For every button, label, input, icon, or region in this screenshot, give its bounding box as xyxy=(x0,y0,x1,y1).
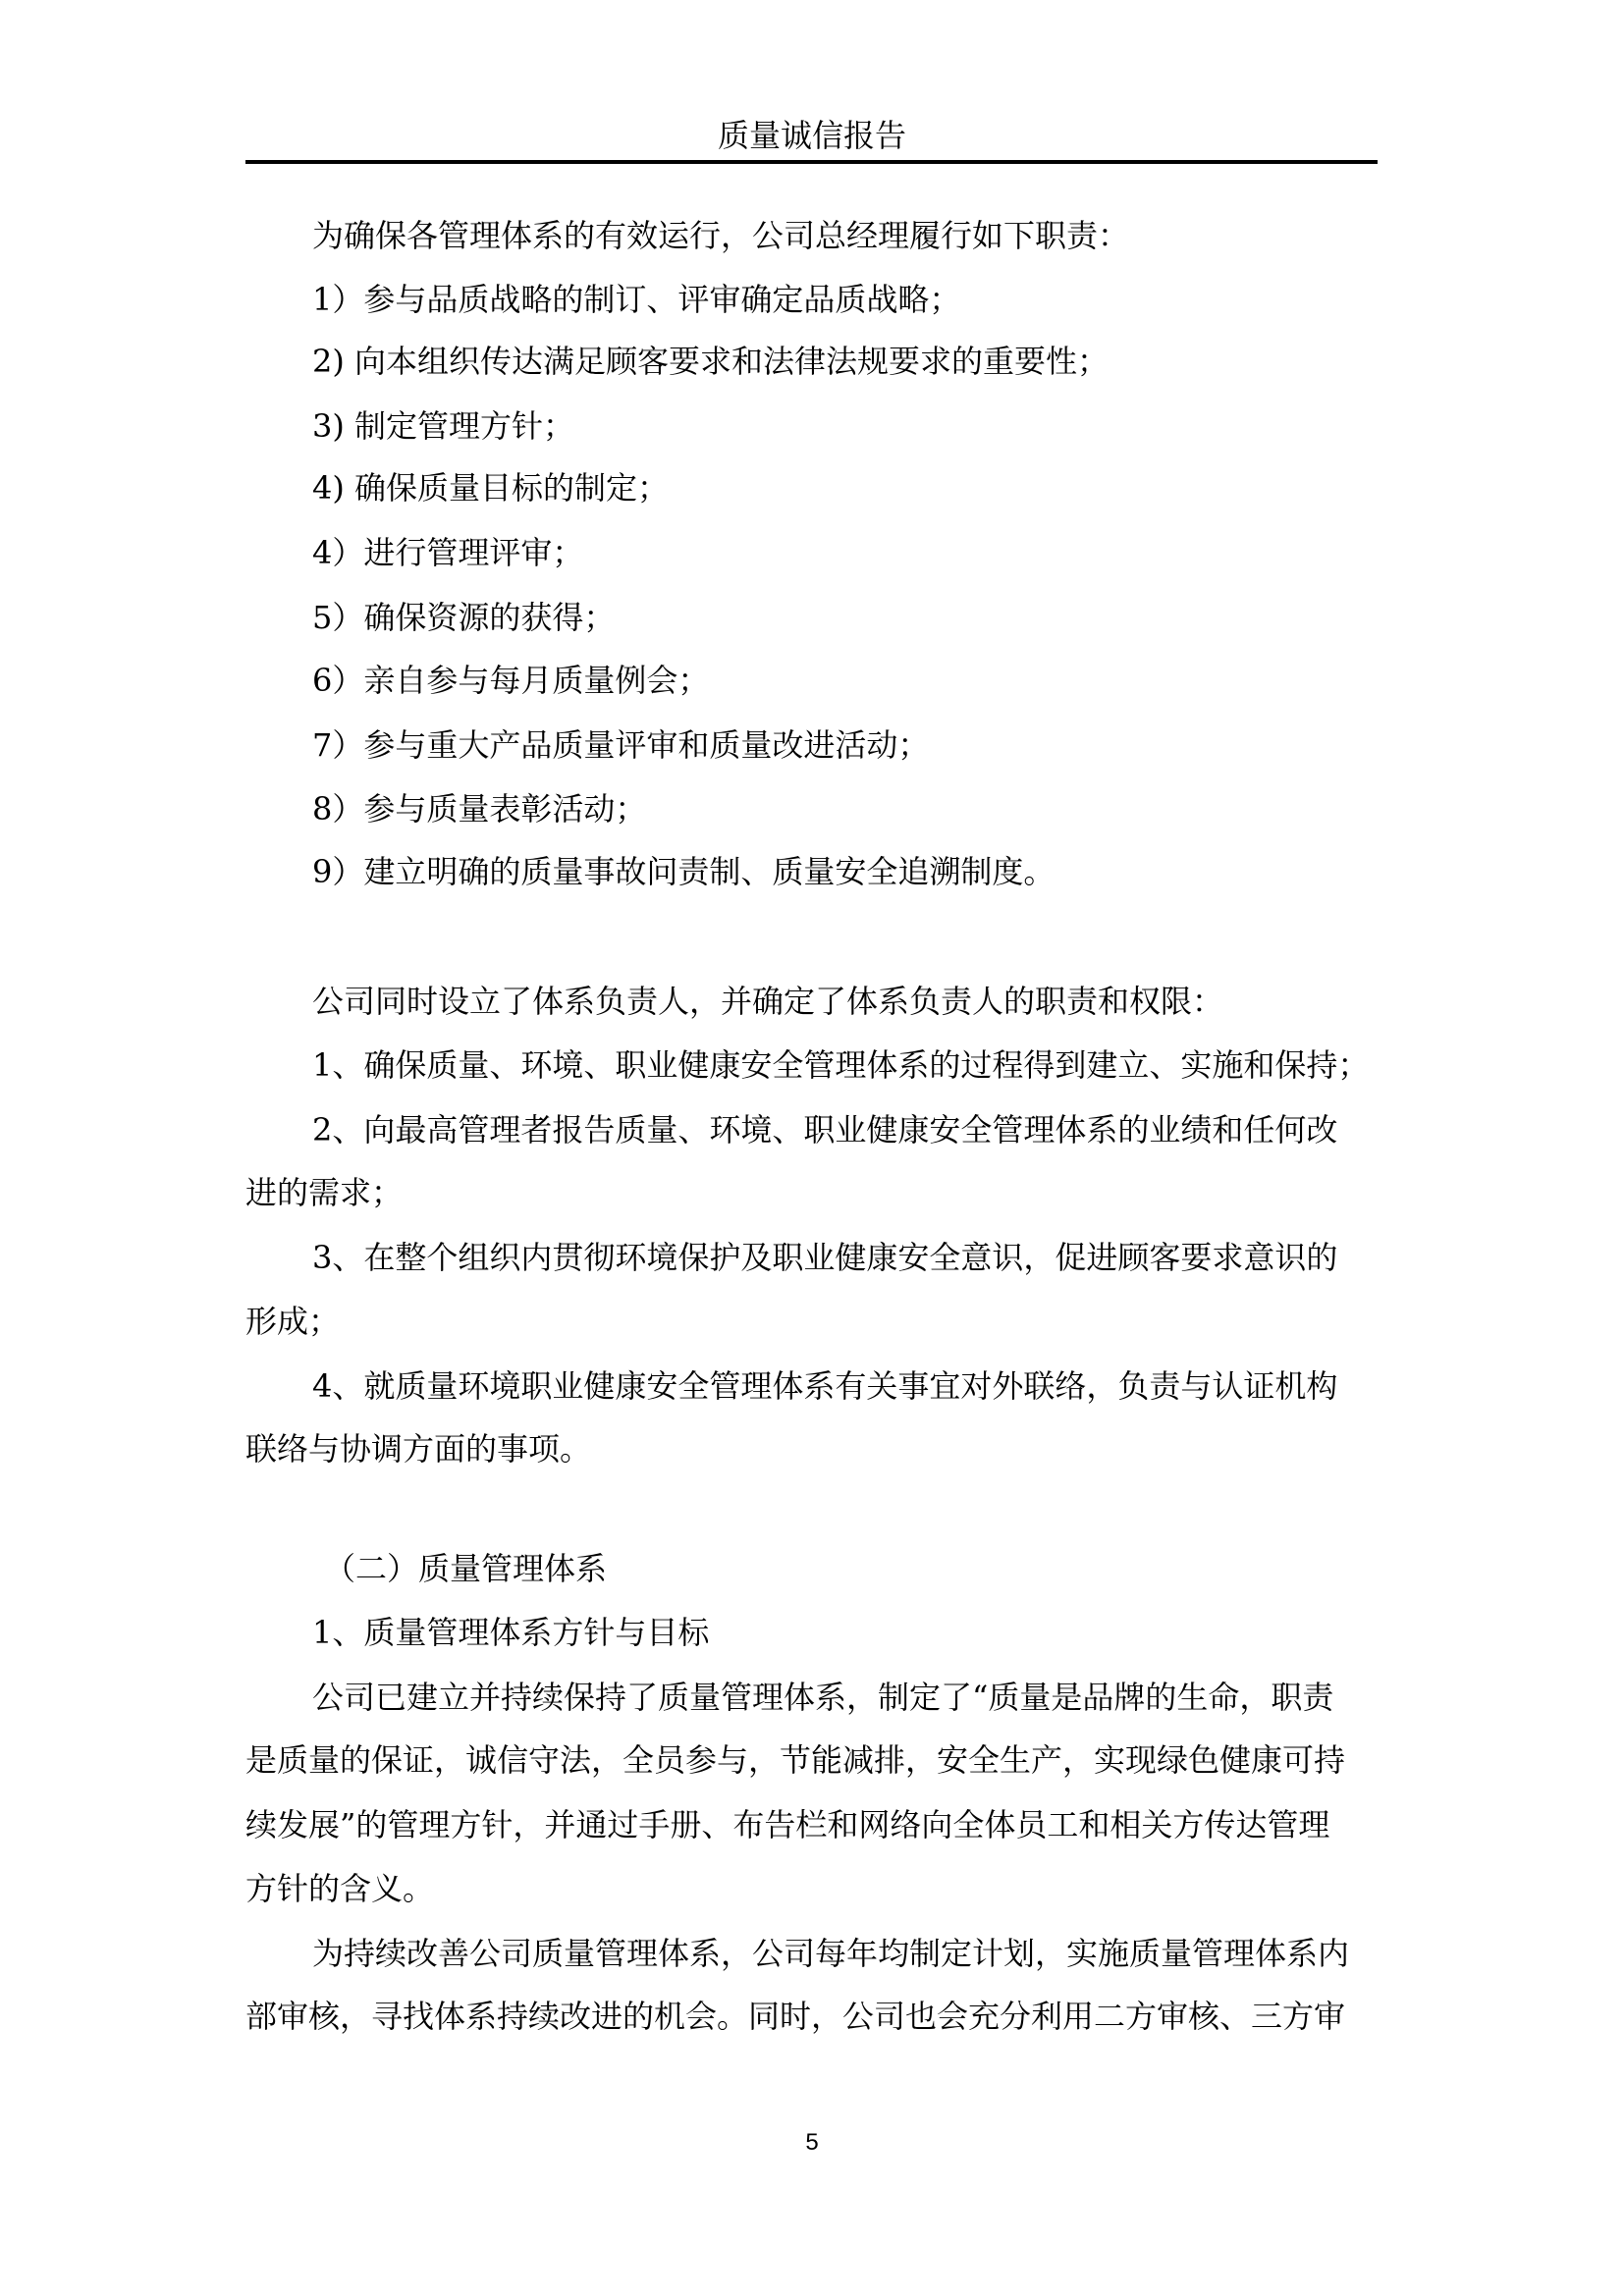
paragraph-line: 为持续改善公司质量管理体系，公司每年均制定计划，实施质量管理体系内 xyxy=(312,1934,1451,1973)
running-header-title: 质量诚信报告 xyxy=(0,116,1624,155)
list-item-continuation: 形成； xyxy=(245,1302,1384,1341)
list-item: 8）参与质量表彰活动； xyxy=(312,789,1451,828)
list-item: 1、确保质量、环境、职业健康安全管理体系的过程得到建立、实施和保持； xyxy=(312,1045,1451,1085)
list-item-continuation: 进的需求； xyxy=(245,1173,1384,1212)
list-item: 4）进行管理评审； xyxy=(312,533,1451,572)
header-divider xyxy=(245,160,1378,164)
paragraph-line: 公司已建立并持续保持了质量管理体系，制定了“质量是品牌的生命，职责 xyxy=(312,1678,1451,1717)
list-item: 9）建立明确的质量事故问责制、质量安全追溯制度。 xyxy=(312,852,1451,891)
list-item: 4) 确保质量目标的制定； xyxy=(312,468,1451,507)
list-item: 5）确保资源的获得； xyxy=(312,598,1451,637)
paragraph-intro-responsibilities: 为确保各管理体系的有效运行，公司总经理履行如下职责： xyxy=(312,216,1451,255)
list-item: 4、就质量环境职业健康安全管理体系有关事宜对外联络，负责与认证机构 xyxy=(312,1366,1451,1406)
list-item-continuation: 联络与协调方面的事项。 xyxy=(245,1429,1384,1468)
subsection-heading: 1、质量管理体系方针与目标 xyxy=(312,1613,1451,1652)
paragraph-line: 部审核，寻找体系持续改进的机会。同时，公司也会充分利用二方审核、三方审 xyxy=(245,1997,1384,2036)
list-item: 3) 制定管理方针； xyxy=(312,406,1451,446)
list-item: 6）亲自参与每月质量例会； xyxy=(312,661,1451,700)
paragraph-intro-system-owner: 公司同时设立了体系负责人，并确定了体系负责人的职责和权限： xyxy=(312,982,1451,1021)
list-item: 7）参与重大产品质量评审和质量改进活动； xyxy=(312,725,1451,765)
list-item: 3、在整个组织内贯彻环境保护及职业健康安全意识，促进顾客要求意识的 xyxy=(312,1238,1451,1277)
paragraph-line: 续发展”的管理方针，并通过手册、布告栏和网络向全体员工和相关方传达管理 xyxy=(245,1805,1384,1844)
page-number: 5 xyxy=(0,2128,1624,2158)
list-item: 2、向最高管理者报告质量、环境、职业健康安全管理体系的业绩和任何改 xyxy=(312,1110,1451,1149)
document-page: 质量诚信报告 为确保各管理体系的有效运行，公司总经理履行如下职责： 1）参与品质… xyxy=(0,0,1624,2296)
paragraph-line: 是质量的保证，诚信守法，全员参与，节能减排，安全生产，实现绿色健康可持 xyxy=(245,1740,1384,1780)
paragraph-line: 方针的含义。 xyxy=(245,1869,1384,1908)
list-item: 2) 向本组织传达满足顾客要求和法律法规要求的重要性； xyxy=(312,342,1451,381)
list-item: 1）参与品质战略的制订、评审确定品质战略； xyxy=(312,280,1451,319)
section-heading: （二）质量管理体系 xyxy=(324,1549,1463,1588)
